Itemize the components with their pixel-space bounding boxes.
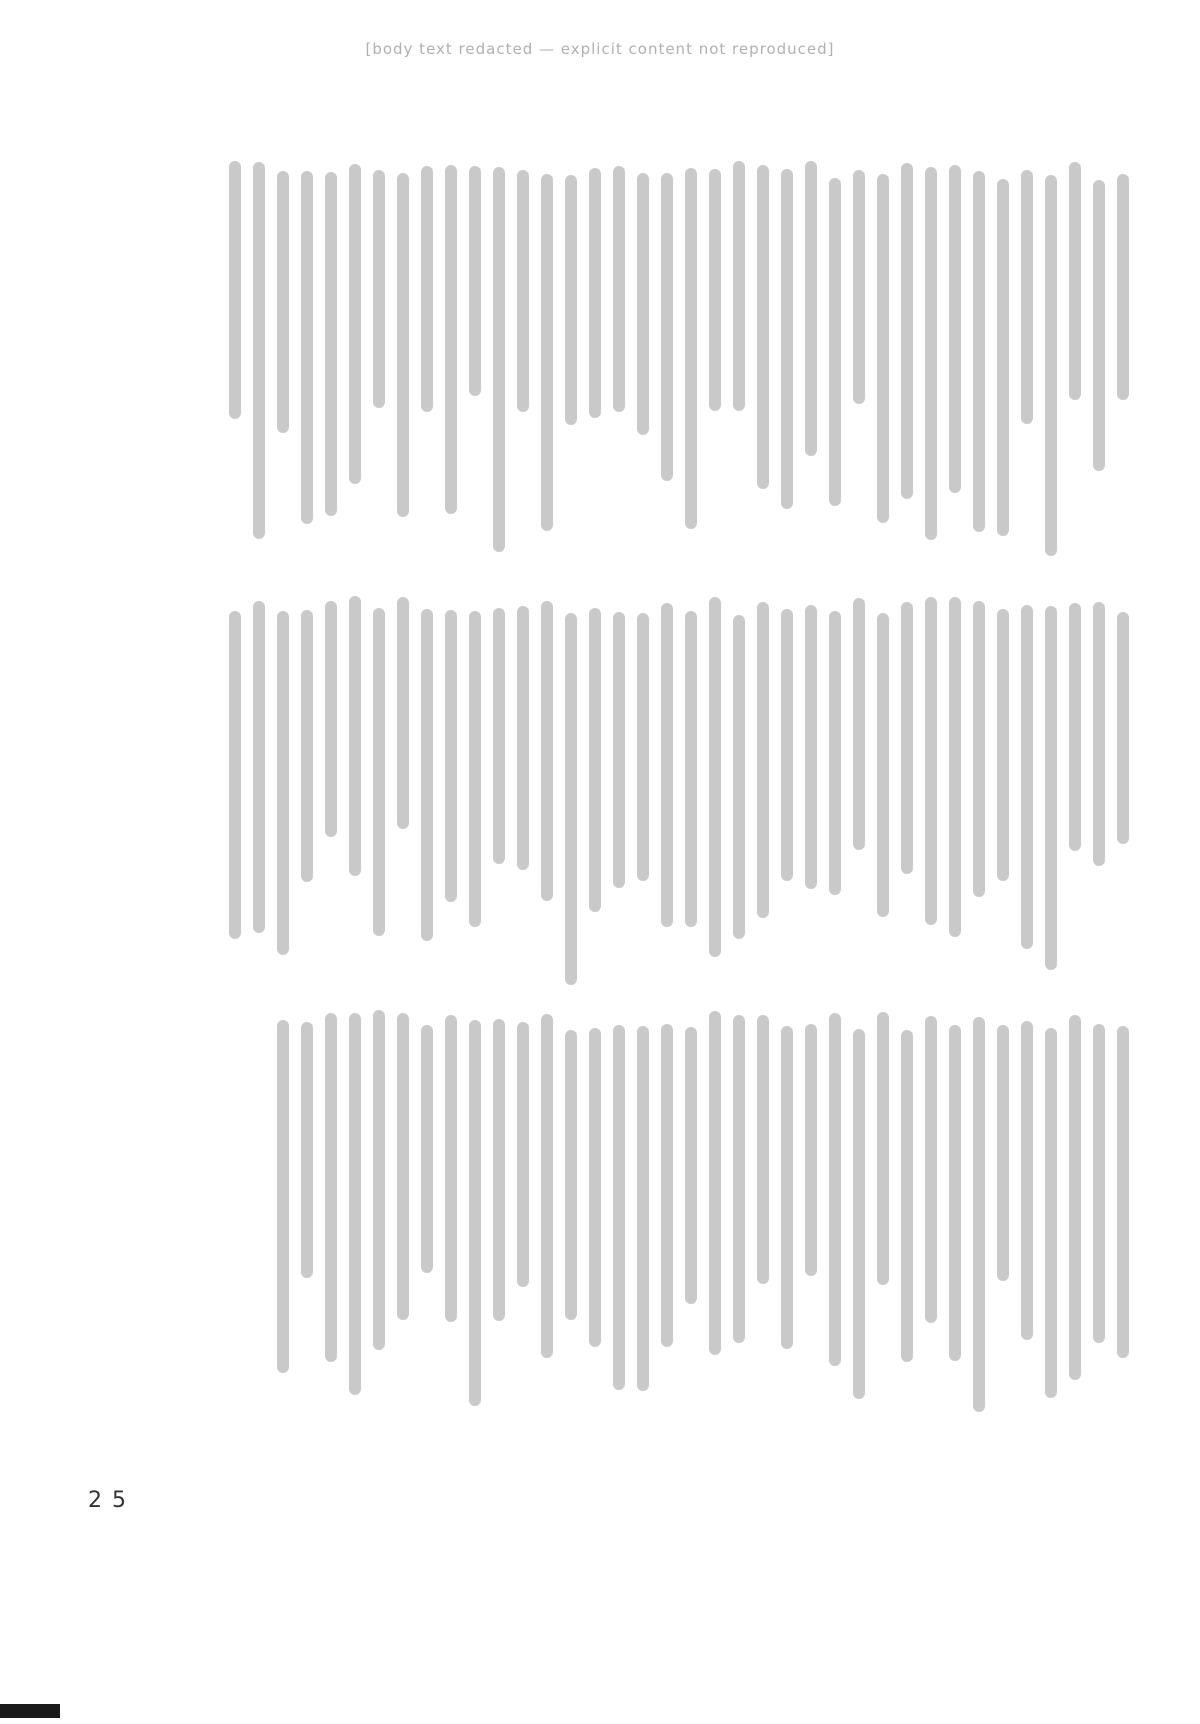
redacted-text-column	[1068, 160, 1082, 570]
redacted-text-column	[732, 595, 746, 995]
redacted-text-column	[948, 595, 962, 995]
redacted-text-column	[252, 595, 266, 995]
redacted-text-column	[564, 1010, 578, 1430]
redacted-text-column	[588, 595, 602, 995]
text-band	[80, 1010, 1130, 1430]
redacted-text-column	[612, 160, 626, 570]
redacted-text-column	[372, 595, 386, 995]
redacted-text-column	[636, 595, 650, 995]
text-band	[80, 160, 1130, 570]
page-number: 25	[88, 1488, 136, 1513]
redacted-text-column	[996, 595, 1010, 995]
redacted-text-column	[516, 1010, 530, 1430]
redacted-text-column	[684, 1010, 698, 1430]
redacted-text-column	[1068, 1010, 1082, 1430]
redacted-text-column	[468, 160, 482, 570]
redacted-text-column	[276, 160, 290, 570]
redacted-text-column	[468, 1010, 482, 1430]
scanned-page: [body text redacted — explicit content n…	[0, 0, 1200, 1724]
redacted-text-column	[1020, 160, 1034, 570]
redacted-text-column	[876, 160, 890, 570]
redacted-text-column	[660, 1010, 674, 1430]
redacted-text-column	[396, 1010, 410, 1430]
redacted-text-column	[492, 1010, 506, 1430]
redacted-text-column	[948, 1010, 962, 1430]
redacted-text-column	[660, 595, 674, 995]
redacted-text-column	[516, 160, 530, 570]
redacted-text-column	[612, 1010, 626, 1430]
redacted-text-column	[348, 595, 362, 995]
redacted-text-column	[780, 160, 794, 570]
redacted-text-column	[852, 160, 866, 570]
redacted-text-column	[804, 1010, 818, 1430]
redacted-text-column	[852, 1010, 866, 1430]
redacted-text-column	[1044, 1010, 1058, 1430]
redacted-text-column	[540, 1010, 554, 1430]
redacted-text-column	[708, 1010, 722, 1430]
redacted-text-column	[372, 160, 386, 570]
redacted-text-column	[972, 595, 986, 995]
redacted-text-column	[780, 1010, 794, 1430]
redacted-text-column	[372, 1010, 386, 1430]
redacted-text-column	[420, 160, 434, 570]
redacted-text-column	[972, 1010, 986, 1430]
redacted-text-column	[636, 1010, 650, 1430]
redacted-text-column	[1092, 1010, 1106, 1430]
redacted-text-column	[228, 160, 242, 570]
redacted-text-column	[804, 160, 818, 570]
redacted-text-column	[540, 595, 554, 995]
redacted-text-column	[852, 595, 866, 995]
redacted-text-column	[588, 160, 602, 570]
redacted-text-column	[732, 160, 746, 570]
redacted-text-column	[756, 160, 770, 570]
redacted-text-column	[660, 160, 674, 570]
redacted-text-column	[324, 595, 338, 995]
redacted-text-column	[900, 595, 914, 995]
redacted-text-column	[444, 1010, 458, 1430]
redacted-text-column	[756, 1010, 770, 1430]
redacted-text-column	[1020, 595, 1034, 995]
redacted-text-column	[828, 595, 842, 995]
redaction-note: [body text redacted — explicit content n…	[0, 40, 1200, 58]
redacted-text-column	[276, 595, 290, 995]
redacted-text-column	[252, 160, 266, 570]
redacted-text-column	[468, 595, 482, 995]
redacted-text-column	[492, 160, 506, 570]
redacted-text-column	[348, 1010, 362, 1430]
redacted-text-column	[1068, 595, 1082, 995]
redacted-text-column	[636, 160, 650, 570]
redacted-text-column	[996, 1010, 1010, 1430]
redacted-text-column	[1092, 595, 1106, 995]
redacted-text-column	[420, 1010, 434, 1430]
redacted-text-column	[780, 595, 794, 995]
redacted-text-column	[708, 160, 722, 570]
redacted-text-column	[900, 160, 914, 570]
redacted-text-column	[540, 160, 554, 570]
redacted-text-column	[396, 595, 410, 995]
redacted-text-column	[732, 1010, 746, 1430]
redacted-text-column	[228, 595, 242, 995]
redacted-text-column	[684, 595, 698, 995]
redacted-text-column	[564, 595, 578, 995]
redacted-text-column	[900, 1010, 914, 1430]
redacted-text-column	[924, 160, 938, 570]
redacted-text-column	[612, 595, 626, 995]
redacted-text-column	[684, 160, 698, 570]
redacted-text-column	[948, 160, 962, 570]
redacted-text-column	[1092, 160, 1106, 570]
print-artifact	[0, 1704, 60, 1718]
redacted-text-column	[828, 160, 842, 570]
redacted-text-column	[348, 160, 362, 570]
redacted-text-column	[708, 595, 722, 995]
redacted-text-column	[300, 160, 314, 570]
redacted-text-column	[300, 595, 314, 995]
redacted-text-column	[924, 595, 938, 995]
redacted-text-column	[1116, 160, 1130, 570]
redacted-text-column	[444, 160, 458, 570]
redacted-text-column	[972, 160, 986, 570]
redacted-text-column	[564, 160, 578, 570]
redacted-text-column	[396, 160, 410, 570]
redacted-text-column	[756, 595, 770, 995]
redacted-text-column	[276, 1010, 290, 1430]
redacted-text-column	[324, 160, 338, 570]
redacted-text-column	[1044, 160, 1058, 570]
redacted-text-column	[1116, 595, 1130, 995]
redacted-text-column	[588, 1010, 602, 1430]
redacted-text-column	[876, 1010, 890, 1430]
redacted-text-column	[996, 160, 1010, 570]
redacted-text-column	[1116, 1010, 1130, 1430]
redacted-text-column	[420, 595, 434, 995]
redacted-text-column	[324, 1010, 338, 1430]
redacted-text-column	[1020, 1010, 1034, 1430]
redacted-text-column	[1044, 595, 1058, 995]
text-band	[80, 595, 1130, 995]
redacted-text-column	[924, 1010, 938, 1430]
redacted-text-column	[492, 595, 506, 995]
redacted-text-column	[876, 595, 890, 995]
redacted-text-column	[516, 595, 530, 995]
redacted-text-column	[444, 595, 458, 995]
redacted-text-column	[300, 1010, 314, 1430]
redacted-text-column	[828, 1010, 842, 1430]
redacted-text-column	[804, 595, 818, 995]
